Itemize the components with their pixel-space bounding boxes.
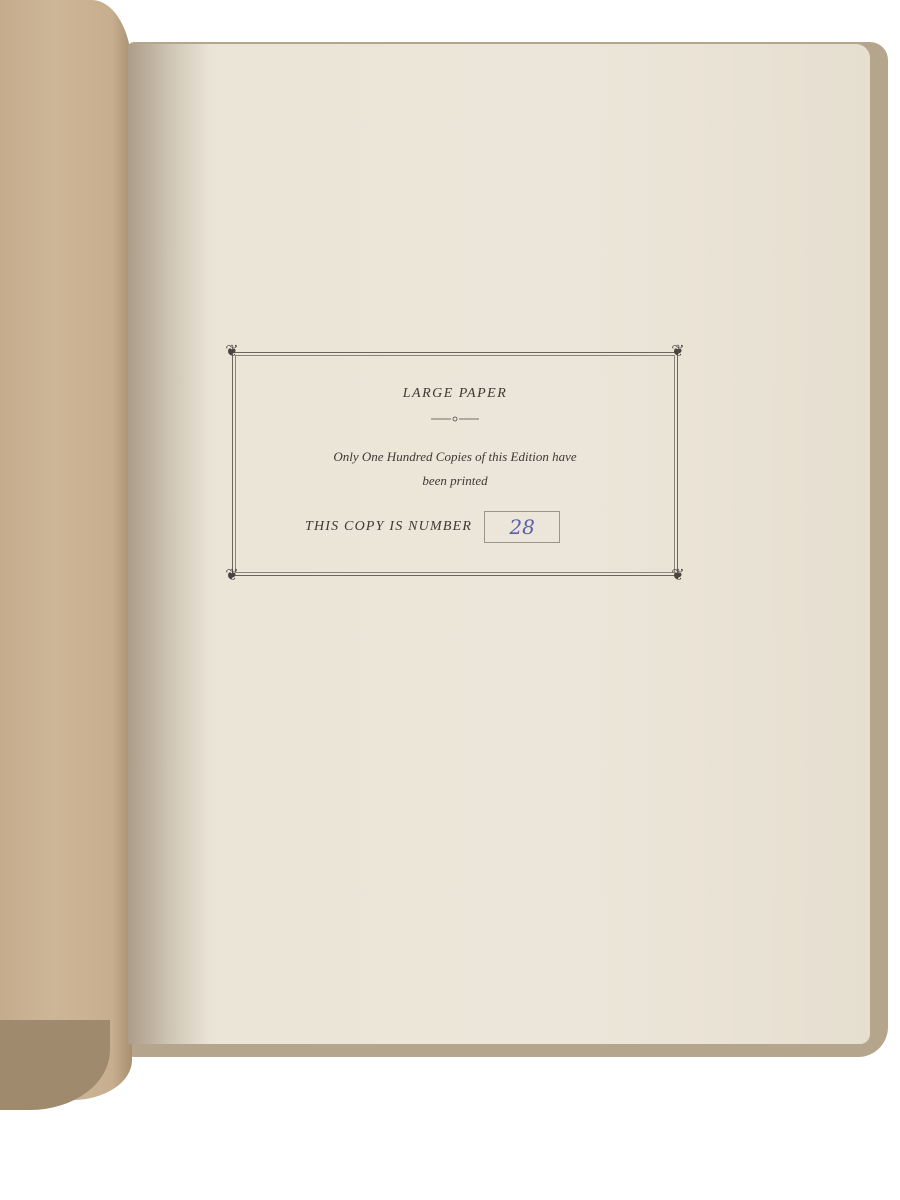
copy-number-label: THIS COPY IS NUMBER	[305, 519, 472, 535]
fleuron-corner-icon: ❦	[221, 341, 243, 363]
left-page	[0, 0, 132, 1100]
notice-line-2: been printed	[233, 473, 677, 489]
notice-heading: LARGE PAPER	[233, 386, 677, 402]
gutter-shadow	[128, 44, 208, 1044]
rule-ornament-icon	[431, 415, 479, 423]
copy-number-row: THIS COPY IS NUMBER 28	[305, 511, 560, 543]
limited-edition-notice: ❦ ❦ ❦ ❦ LARGE PAPER Only One Hundred Cop…	[232, 352, 678, 576]
notice-line-1: Only One Hundred Copies of this Edition …	[233, 449, 677, 465]
copy-number-box: 28	[484, 511, 560, 543]
fleuron-corner-icon: ❦	[667, 565, 689, 587]
fleuron-corner-icon: ❦	[667, 341, 689, 363]
book-photo: ❦ ❦ ❦ ❦ LARGE PAPER Only One Hundred Cop…	[0, 0, 900, 1200]
fleuron-corner-icon: ❦	[221, 565, 243, 587]
